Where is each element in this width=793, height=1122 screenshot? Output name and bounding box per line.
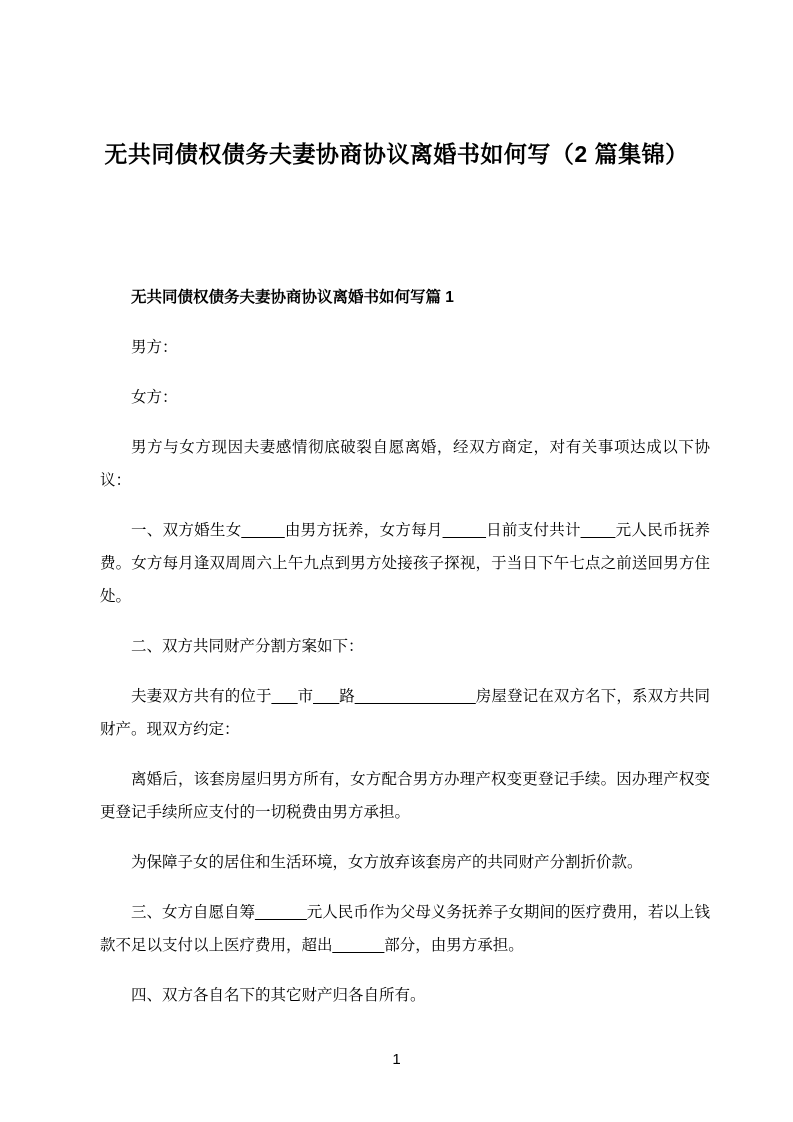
document-body: 无共同债权债务夫妻协商协议离婚书如何写篇 1 男方： 女方： 男方与女方现因夫妻… bbox=[100, 281, 710, 1012]
paragraph-clause-2-waiver: 为保障子女的居住和生活环境，女方放弃该套房产的共同财产分割折价款。 bbox=[100, 846, 710, 879]
paragraph-clause-3: 三、女方自愿自筹______元人民币作为父母义务抚养子女期间的医疗费用，若以上钱… bbox=[100, 896, 710, 962]
paragraph-preamble: 男方与女方现因夫妻感情彻底破裂自愿离婚，经双方商定，对有关事项达成以下协议： bbox=[100, 431, 710, 497]
paragraph-party-male: 男方： bbox=[100, 331, 710, 364]
document-title: 无共同债权债务夫妻协商协议离婚书如何写（2 篇集锦） bbox=[0, 0, 793, 168]
document-page: 无共同债权债务夫妻协商协议离婚书如何写（2 篇集锦） 无共同债权债务夫妻协商协议… bbox=[0, 0, 793, 1122]
page-number: 1 bbox=[0, 1050, 793, 1070]
paragraph-clause-1: 一、双方婚生女_____由男方抚养，女方每月_____日前支付共计____元人民… bbox=[100, 514, 710, 613]
paragraph-clause-2-property: 夫妻双方共有的位于___市___路______________房屋登记在双方名下… bbox=[100, 680, 710, 746]
paragraph-party-female: 女方： bbox=[100, 381, 710, 414]
paragraph-clause-2-house: 离婚后，该套房屋归男方所有，女方配合男方办理产权变更登记手续。因办理产权变更登记… bbox=[100, 763, 710, 829]
paragraph-clause-2: 二、双方共同财产分割方案如下： bbox=[100, 630, 710, 663]
section-heading: 无共同债权债务夫妻协商协议离婚书如何写篇 1 bbox=[100, 281, 710, 314]
paragraph-clause-4: 四、双方各自名下的其它财产归各自所有。 bbox=[100, 979, 710, 1012]
